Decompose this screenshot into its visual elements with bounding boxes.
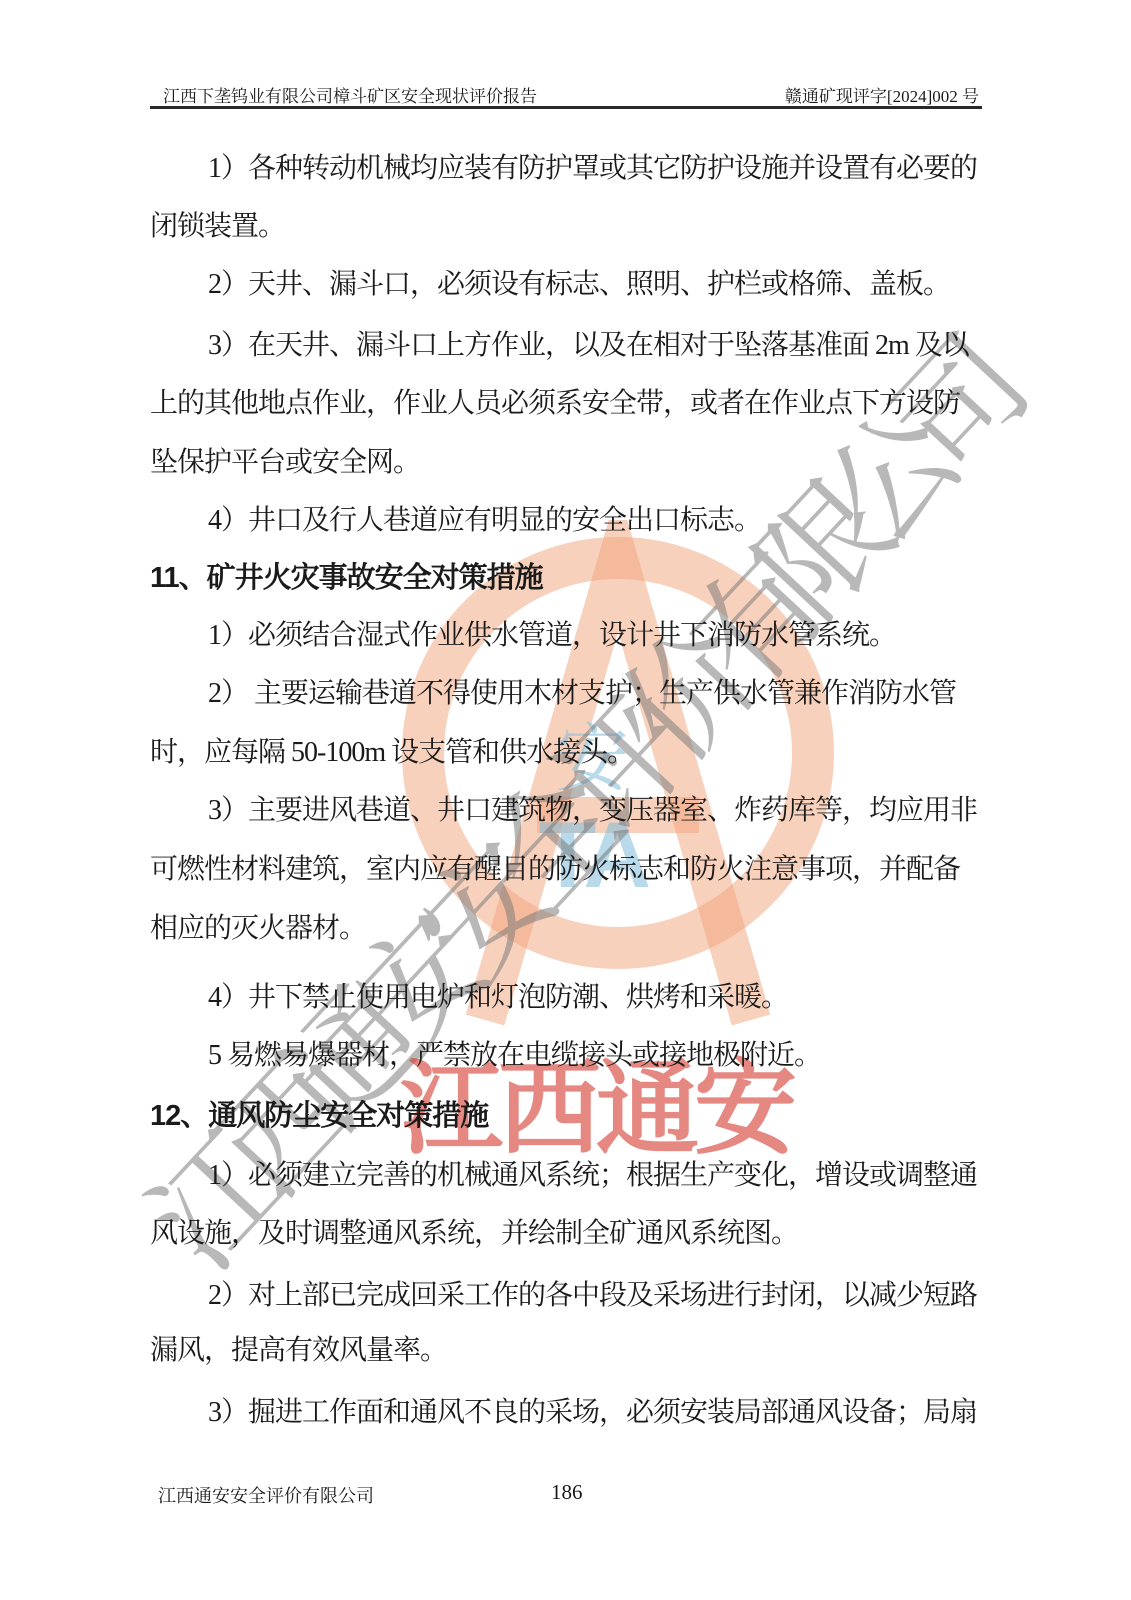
header-report-title: 江西下垄钨业有限公司樟斗矿区安全现状评价报告 <box>163 82 537 107</box>
header-divider <box>150 106 982 109</box>
text-line: 3）掘进工作面和通风不良的采场，必须安装局部通风设备；局扇 <box>208 1397 977 1429</box>
header-document-number: 赣通矿现评字[2024]002 号 <box>785 82 979 107</box>
text-line: 闭锁装置。 <box>150 211 285 243</box>
text-line: 时，应每隔 50-100m 设支管和供水接头。 <box>150 737 634 769</box>
text-line: 2） 主要运输巷道不得使用木材支护；生产供水管兼作消防水管 <box>208 678 956 710</box>
text-line: 上的其他地点作业，作业人员必须系安全带，或者在作业点下方设防 <box>150 388 960 420</box>
text-line: 3）在天井、漏斗口上方作业，以及在相对于坠落基准面 2m 及以 <box>208 330 969 362</box>
text-line: 相应的灭火器材。 <box>150 913 366 945</box>
text-line: 5 易燃易爆器材，严禁放在电缆接头或接地极附近。 <box>208 1040 821 1072</box>
document-page: 安 TA 江西通安安全评价有限公司 江西通安 江西下垄钨业有限公司樟斗矿区安全现… <box>0 0 1131 1600</box>
text-line: 风设施，及时调整通风系统，并绘制全矿通风系统图。 <box>150 1218 798 1250</box>
section-heading: 11、矿井火灾事故安全对策措施 <box>150 562 543 595</box>
text-line: 1）各种转动机械均应装有防护罩或其它防护设施并设置有必要的 <box>208 153 977 185</box>
tongan-circle-a-logo-watermark <box>385 520 850 1050</box>
text-line: 1）必须结合湿式作业供水管道，设计井下消防水管系统。 <box>208 620 896 652</box>
text-line: 漏风，提高有效风量率。 <box>150 1335 447 1367</box>
section-heading: 12、通风防尘安全对策措施 <box>150 1100 488 1133</box>
footer-company-name: 江西通安安全评价有限公司 <box>158 1482 374 1508</box>
text-line: 4）井口及行人巷道应有明显的安全出口标志。 <box>208 505 761 537</box>
text-line: 2）天井、漏斗口，必须设有标志、照明、护栏或格筛、盖板。 <box>208 269 950 301</box>
text-line: 3）主要进风巷道、井口建筑物，变压器室、炸药库等，均应用非 <box>208 795 977 827</box>
text-line: 坠保护平台或安全网。 <box>150 447 420 479</box>
text-line: 1）必须建立完善的机械通风系统；根据生产变化，增设或调整通 <box>208 1160 977 1192</box>
text-line: 可燃性材料建筑，室内应有醒目的防火标志和防火注意事项，并配备 <box>150 854 960 886</box>
footer-page-number: 186 <box>551 1480 583 1505</box>
text-line: 4）井下禁止使用电炉和灯泡防潮、烘烤和采暖。 <box>208 982 788 1014</box>
text-line: 2）对上部已完成回采工作的各中段及采场进行封闭，以减少短路 <box>208 1280 977 1312</box>
